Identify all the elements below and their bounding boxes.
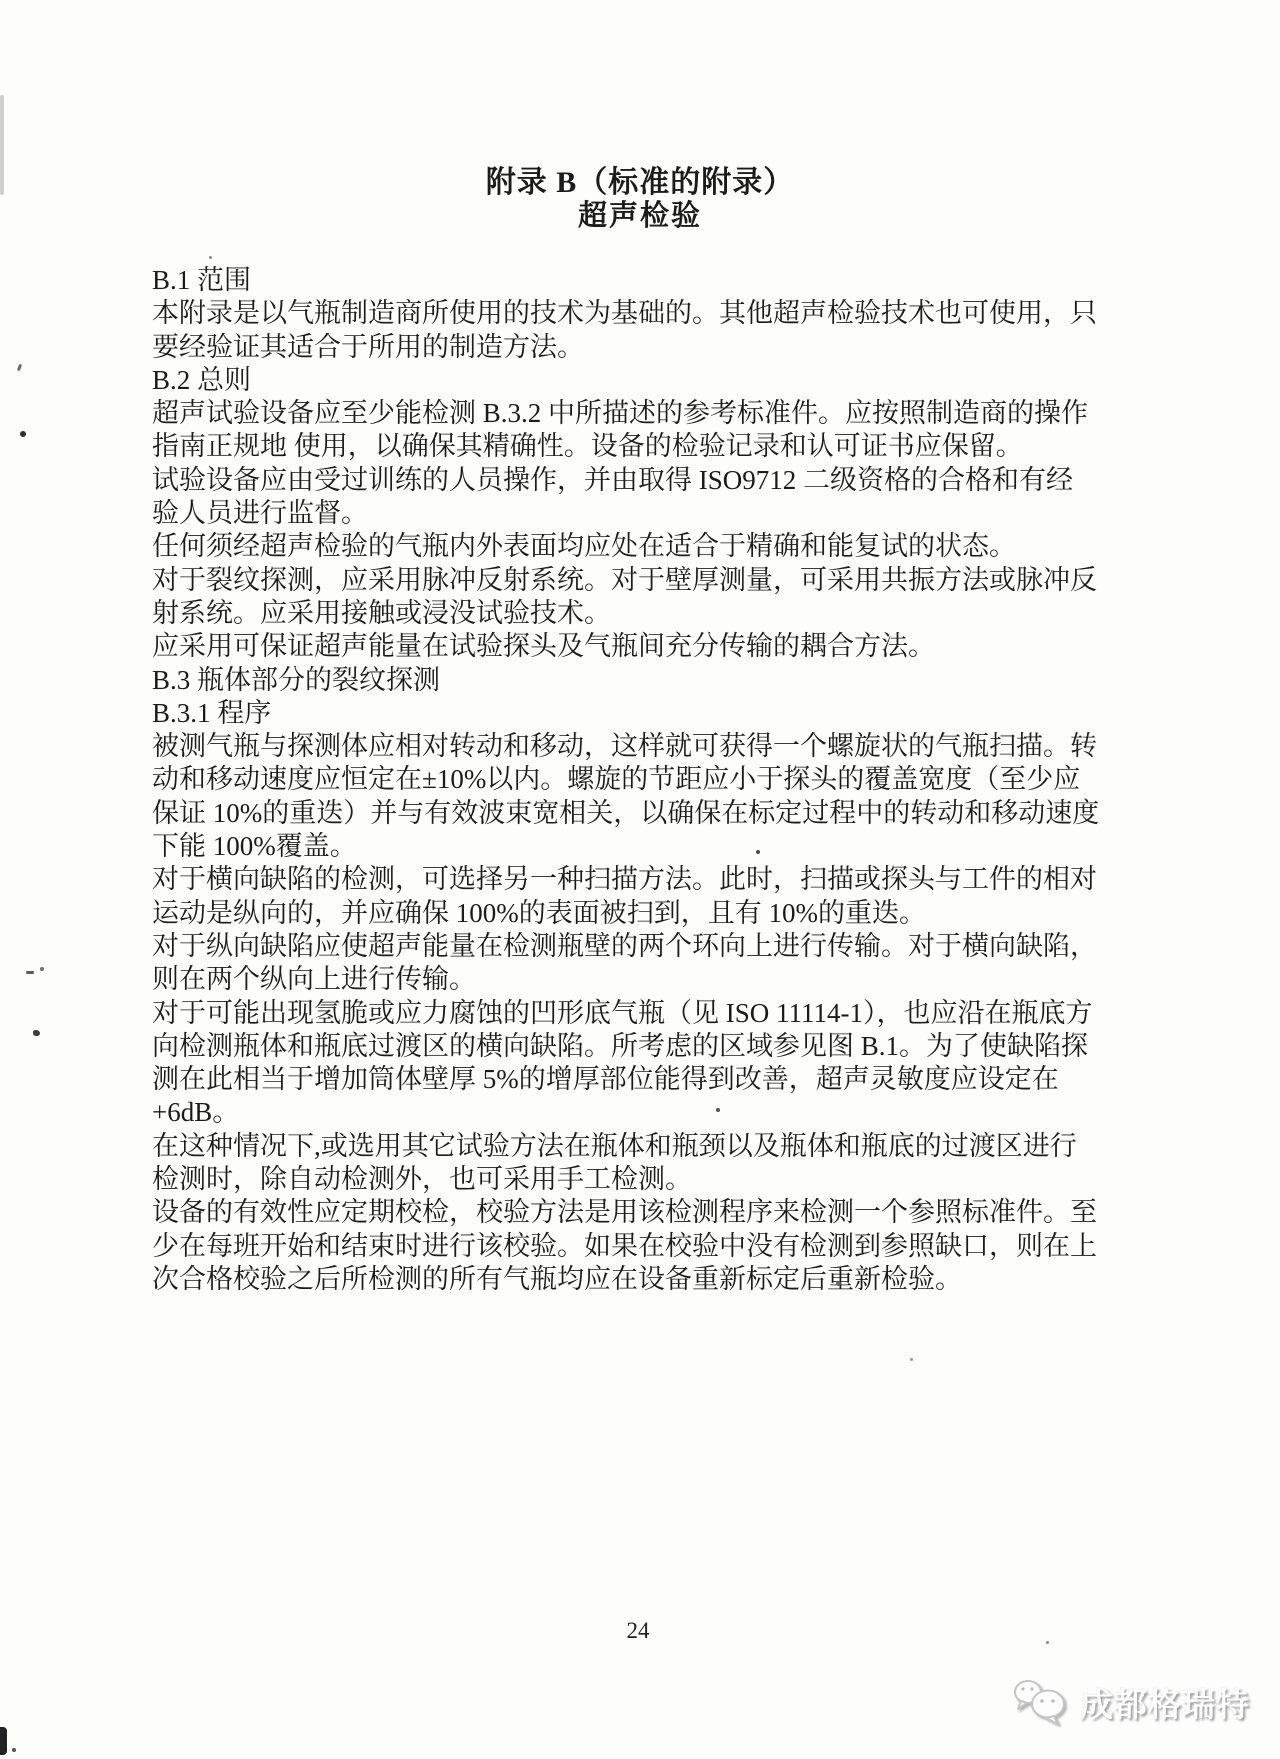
text-line: 任何须经超声检验的气瓶内外表面均应处在适合于精确和能复试的状态。 [152,530,1142,563]
text-line: 射系统。应采用接触或浸没试验技术。 [152,597,1142,630]
text-line: 下能 100%覆盖。 [152,830,1142,863]
watermark-text: 成都格瑞特 [1080,1679,1250,1726]
scan-artifact [20,431,26,437]
text-line: 则在两个纵向上进行传输。 [152,963,1142,996]
text-line: 保证 10%的重迭）并与有效波束宽相关，以确保在标定过程中的转动和移动速度 [152,797,1142,830]
text-line: 应采用可保证超声能量在试验探头及气瓶间充分传输的耦合方法。 [152,630,1142,663]
section-heading: B.3.1 程序 [152,697,1142,730]
scan-artifact [33,1030,40,1036]
appendix-title: 附录 B（标准的附录） [0,166,1280,200]
text-line: 次合格校验之后所检测的所有气瓶均应在设备重新标定后重新检验。 [152,1263,1142,1296]
scan-artifact [17,364,22,372]
scan-artifact [1046,1641,1049,1644]
section-heading: B.3 瓶体部分的裂纹探测 [152,664,1142,697]
page-number: 24 [578,1618,698,1644]
text-line: 试验设备应由受过训练的人员操作，并由取得 ISO9712 二级资格的合格和有经 [152,464,1142,497]
text-line: 指南正规地 使用，以确保其精确性。设备的检验记录和认可证书应保留。 [152,430,1142,463]
text-line: 设备的有效性应定期校检，校验方法是用该检测程序来检测一个参照标准件。至 [152,1196,1142,1229]
text-line: 对于裂纹探测，应采用脉冲反射系统。对于壁厚测量，可采用共振方法或脉冲反 [152,564,1142,597]
text-line: 运动是纵向的，并应确保 100%的表面被扫到，且有 10%的重迭。 [152,897,1142,930]
text-line: 测在此相当于增加筒体壁厚 5%的增厚部位能得到改善，超声灵敏度应设定在 [152,1063,1142,1096]
text-line: +6dB。 [152,1096,1142,1129]
scanned-document-page: 附录 B（标准的附录） 超声检验 B.1 范围 本附录是以气瓶制造商所使用的技术… [0,0,1280,1759]
text-line: 少在每班开始和结束时进行该校验。如果在校验中没有检测到参照缺口，则在上 [152,1230,1142,1263]
scan-artifact [0,1727,7,1755]
text-line: 向检测瓶体和瓶底过渡区的横向缺陷。所考虑的区域参见图 B.1。为了使缺陷探 [152,1030,1142,1063]
scan-artifact [756,850,760,854]
scan-artifact [836,1281,841,1286]
text-line: 要经验证其适合于所用的制造方法。 [152,331,1142,364]
scan-artifact [40,967,44,971]
text-line: 在这种情况下,或选用其它试验方法在瓶体和瓶颈以及瓶体和瓶底的过渡区进行 [152,1130,1142,1163]
scan-artifact [910,1358,913,1361]
scan-artifact [26,971,34,974]
text-line: 检测时，除自动检测外，也可采用手工检测。 [152,1163,1142,1196]
text-line: 被测气瓶与探测体应相对转动和移动，这样就可获得一个螺旋状的气瓶扫描。转 [152,730,1142,763]
text-line: 超声试验设备应至少能检测 B.3.2 中所描述的参考标准件。应按照制造商的操作 [152,397,1142,430]
scan-artifact [209,256,212,259]
title-block: 附录 B（标准的附录） 超声检验 [0,166,1280,233]
wechat-icon [1012,1678,1070,1726]
text-line: 本附录是以气瓶制造商所使用的技术为基础的。其他超声检验技术也可使用，只 [152,297,1142,330]
section-heading: B.2 总则 [152,364,1142,397]
scan-artifact [716,1108,720,1112]
scan-artifact [12,1748,16,1752]
document-body: B.1 范围 本附录是以气瓶制造商所使用的技术为基础的。其他超声检验技术也可使用… [152,264,1142,1296]
text-line: 对于纵向缺陷应使超声能量在检测瓶壁的两个环向上进行传输。对于横向缺陷， [152,930,1142,963]
text-line: 对于可能出现氢脆或应力腐蚀的凹形底气瓶（见 ISO 11114-1），也应沿在瓶… [152,997,1142,1030]
section-heading: B.1 范围 [152,264,1142,297]
appendix-subtitle: 超声检验 [0,200,1280,233]
text-line: 验人员进行监督。 [152,497,1142,530]
watermark: 成都格瑞特 [1012,1678,1250,1726]
text-line: 动和移动速度应恒定在±10%以内。螺旋的节距应小于探头的覆盖宽度（至少应 [152,763,1142,796]
scan-artifact [0,95,4,195]
text-line: 对于横向缺陷的检测，可选择另一种扫描方法。此时，扫描或探头与工件的相对 [152,863,1142,896]
